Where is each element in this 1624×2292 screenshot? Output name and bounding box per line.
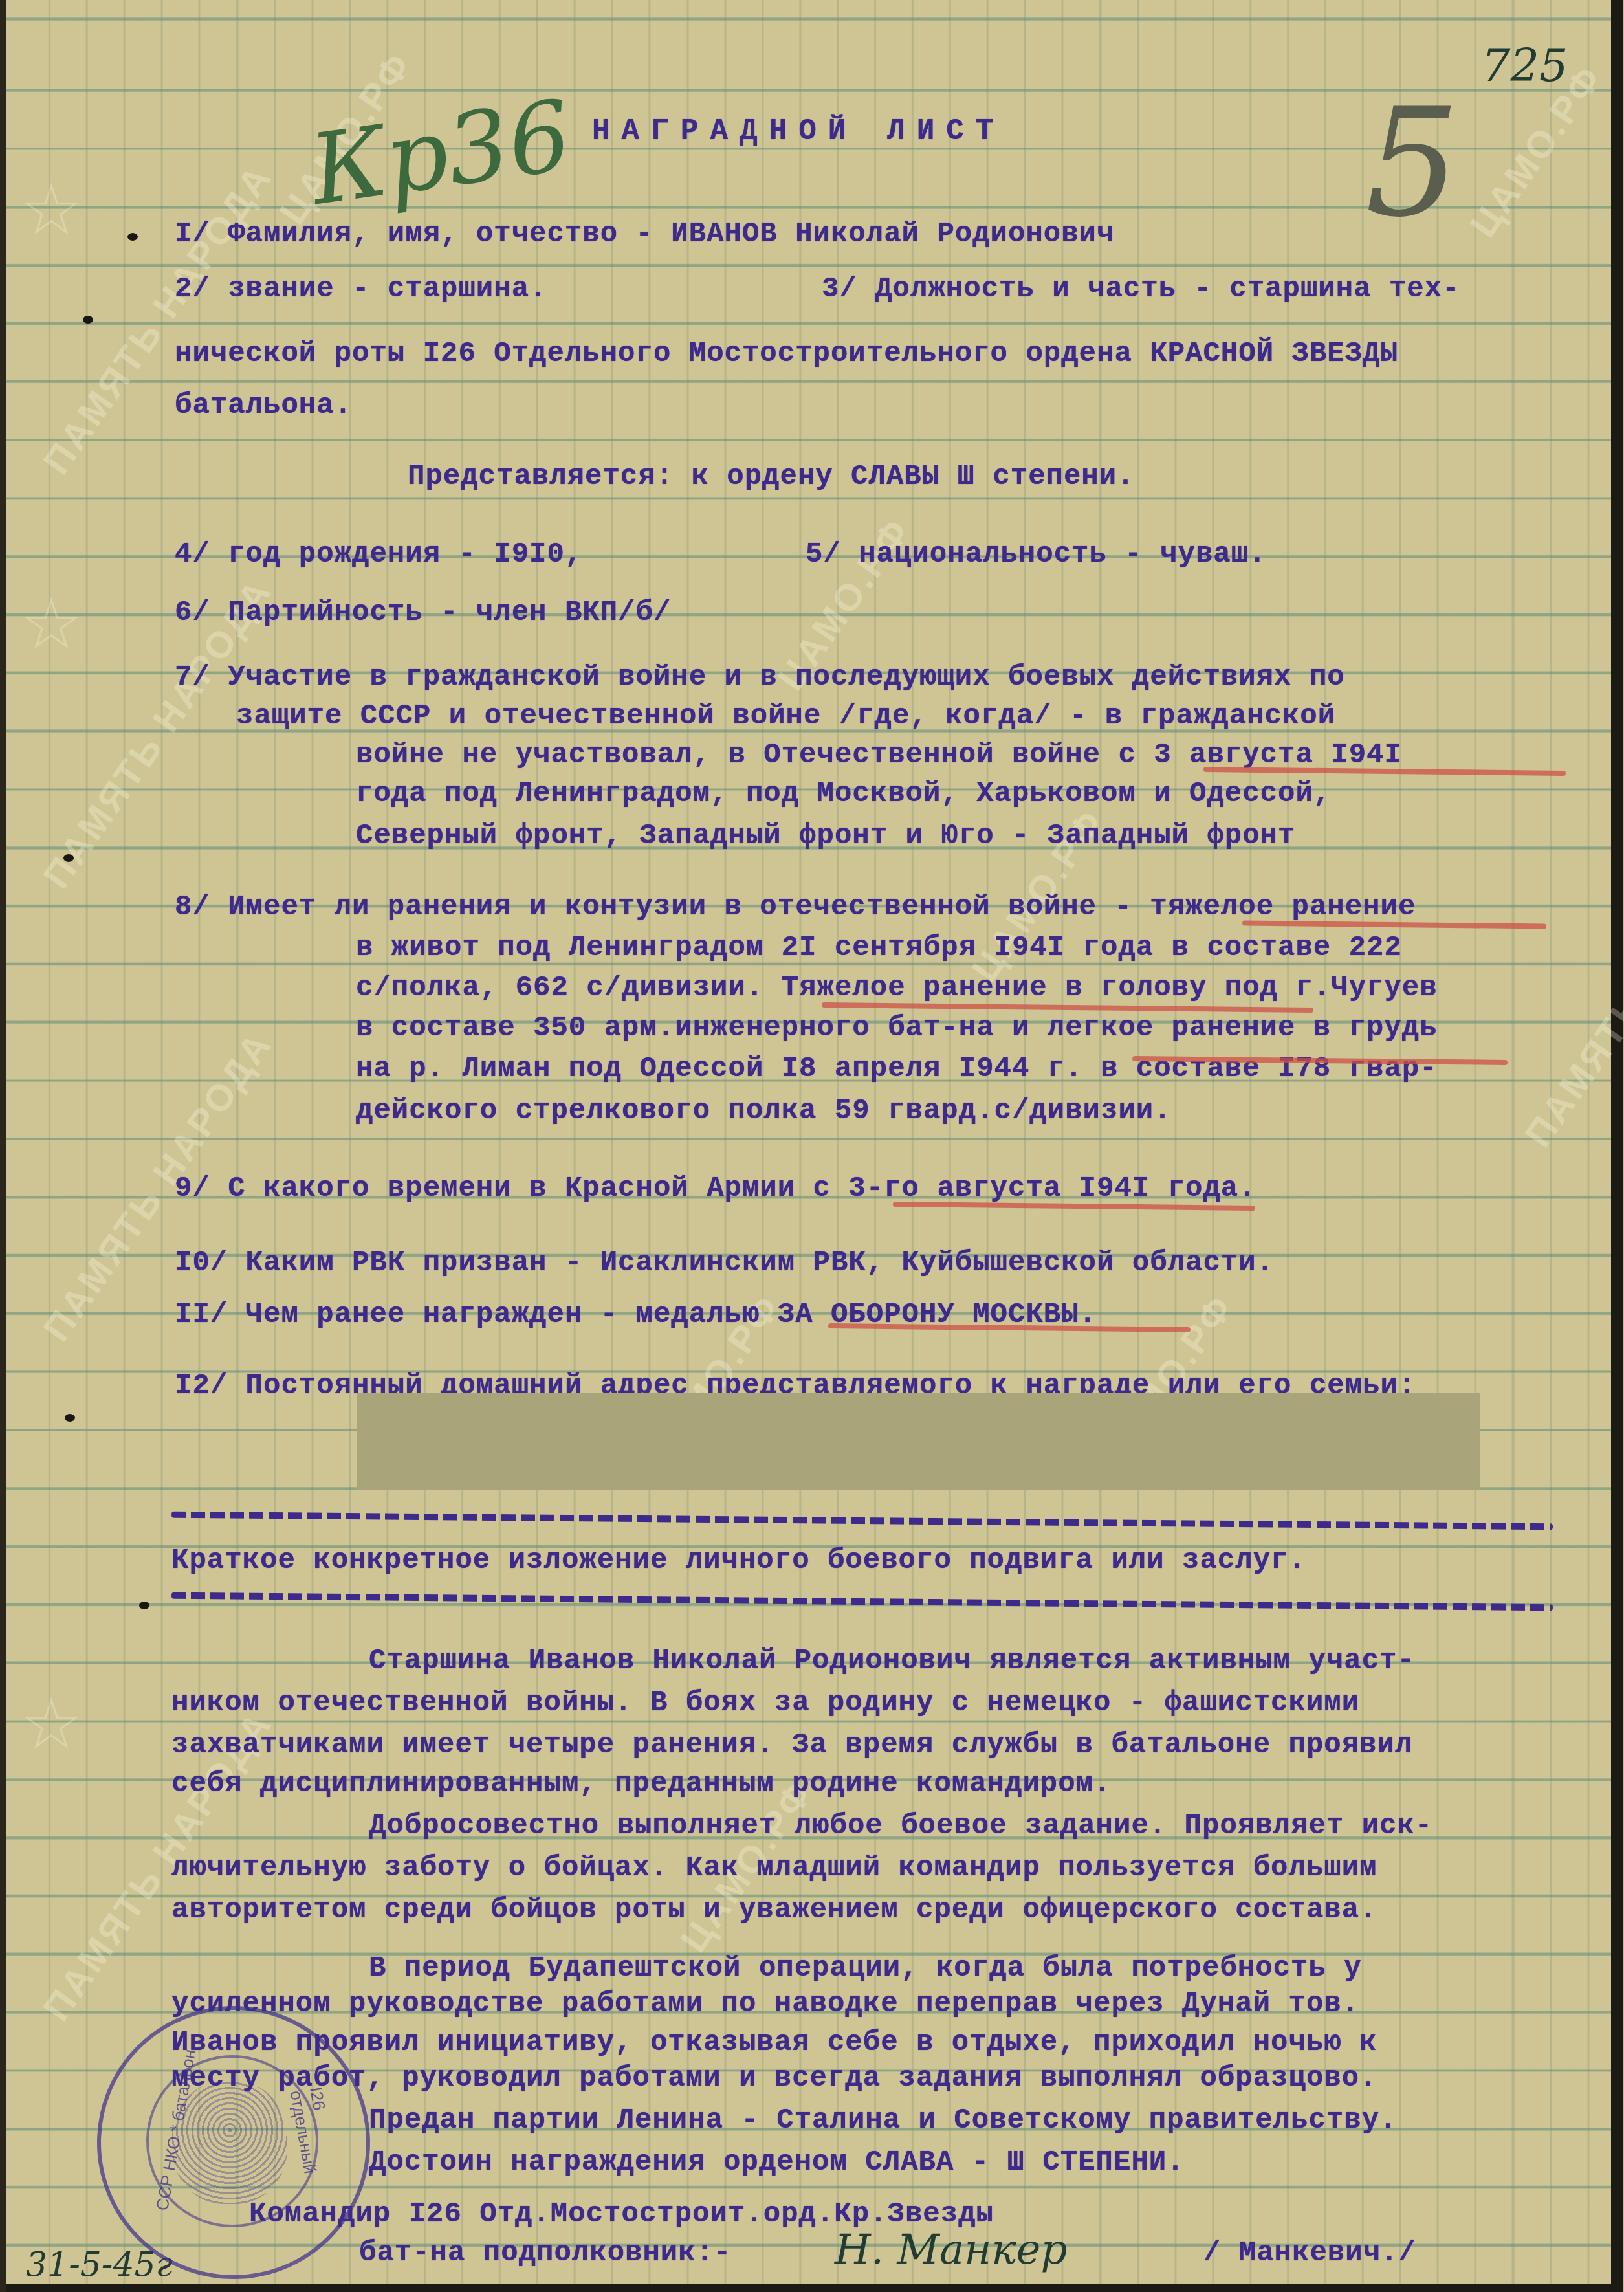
- signature-block-commander: Командир I26 Отд.Мостостроит.орд.Кр.Звез…: [249, 2200, 994, 2229]
- punch-hole: [63, 854, 74, 862]
- star-watermark-icon: ☆: [19, 1682, 83, 1765]
- narrative-line: себя дисциплинированным, преданным родин…: [171, 1770, 1111, 1798]
- field-7-participation: войне не участвовал, в Отечественной вой…: [356, 741, 1402, 769]
- field-1-full-name: I/ Фамилия, имя, отчество - ИВАНОВ Никол…: [175, 220, 1114, 248]
- scan-edge: [0, 0, 6, 2292]
- field-5-nationality: 5/ национальность - чуваш.: [806, 540, 1267, 569]
- field-8-wounds: 8/ Имеет ли ранения и контузии в отечест…: [175, 893, 1416, 921]
- narrative-line: Иванов проявил инициативу, отказывая себ…: [171, 2029, 1377, 2057]
- star-watermark-icon: ☆: [19, 168, 83, 251]
- sheet-number-pencil: 5: [1365, 78, 1460, 250]
- narrative-line: захватчиками имеет четыре ранения. За вр…: [171, 1731, 1412, 1759]
- field-6-party: 6/ Партийность - член ВКП/б/: [175, 599, 671, 627]
- field-4-birth-year: 4/ год рождения - I9I0,: [175, 540, 582, 569]
- narrative-line: Достоин награждения орденом СЛАВА - Ш СТ…: [369, 2148, 1185, 2177]
- field-8-wounds: в составе 350 арм.инженерного бат-на и л…: [356, 1014, 1438, 1042]
- field-7-participation: Северный фронт, Западный фронт и Юго - З…: [356, 822, 1295, 850]
- field-8-wounds: дейского стрелкового полка 59 гвард.с/ди…: [356, 1097, 1172, 1125]
- field-9-army-since: 9/ С какого времени в Красной Армии с 3-…: [175, 1174, 1256, 1203]
- punch-hole: [139, 1602, 149, 1609]
- star-watermark-icon: ☆: [19, 582, 83, 665]
- redacted-address: [357, 1393, 1480, 1490]
- document-title: НАГРАДНОЙ ЛИСТ: [592, 116, 1005, 146]
- field-2-rank: 2/ звание - старшина.: [175, 275, 547, 303]
- sheet-number-ink: 725: [1482, 39, 1568, 92]
- punch-hole: [83, 316, 93, 324]
- summary-heading: Краткое конкретное изложение личного бое…: [171, 1547, 1306, 1575]
- official-stamp: ССР НКО * батальон I26 отдельный: [97, 2006, 370, 2279]
- narrative-line: Добросовестно выполняет любое боевое зад…: [369, 1812, 1432, 1840]
- handwritten-signature: Н. Манкер: [835, 2226, 1067, 2274]
- narrative-line: В период Будапештской операции, когда бы…: [369, 1954, 1362, 1983]
- narrative-line: лючительную заботу о бойцах. Как младший…: [171, 1854, 1377, 1882]
- signatory-name: / Манкевич./: [1203, 2239, 1416, 2267]
- narrative-line: усиленном руководстве работами по наводк…: [171, 1990, 1359, 2018]
- field-10-conscription: I0/ Каким РВК призван - Исаклинским РВК,…: [175, 1249, 1274, 1277]
- field-7-participation: защите СССР и отечественной войне /где, …: [236, 702, 1335, 731]
- field-3-position-cont: батальона.: [175, 391, 352, 420]
- field-3-position: 3/ Должность и часть - старшина тех-: [822, 275, 1460, 303]
- field-8-wounds: с/полка, 662 с/дивизии. Тяжелое ранение …: [356, 974, 1438, 1002]
- narrative-line: авторитетом среди бойцов роты и уважение…: [171, 1896, 1377, 1924]
- field-7-participation: 7/ Участие в гражданской войне и в после…: [175, 663, 1345, 692]
- punch-hole: [65, 1414, 75, 1422]
- presented-for-award: Представляется: к ордену СЛАВЫ Ш степени…: [408, 463, 1135, 491]
- field-3-position-cont: нической роты I26 Отдельного Мостостроит…: [175, 340, 1398, 368]
- signature-block-rank: бат-на подполковник:-: [359, 2239, 732, 2267]
- field-7-participation: года под Ленинградом, под Москвой, Харьк…: [356, 780, 1331, 808]
- punch-hole: [127, 233, 138, 241]
- narrative-line: ником отечественной войны. В боях за род…: [171, 1689, 1359, 1717]
- narrative-line: Старшина Иванов Николай Родионович являе…: [369, 1647, 1415, 1675]
- narrative-line: Предан партии Ленина - Сталина и Советск…: [369, 2106, 1397, 2135]
- field-8-wounds: в живот под Ленинградом 2I сентября I94I…: [356, 934, 1402, 962]
